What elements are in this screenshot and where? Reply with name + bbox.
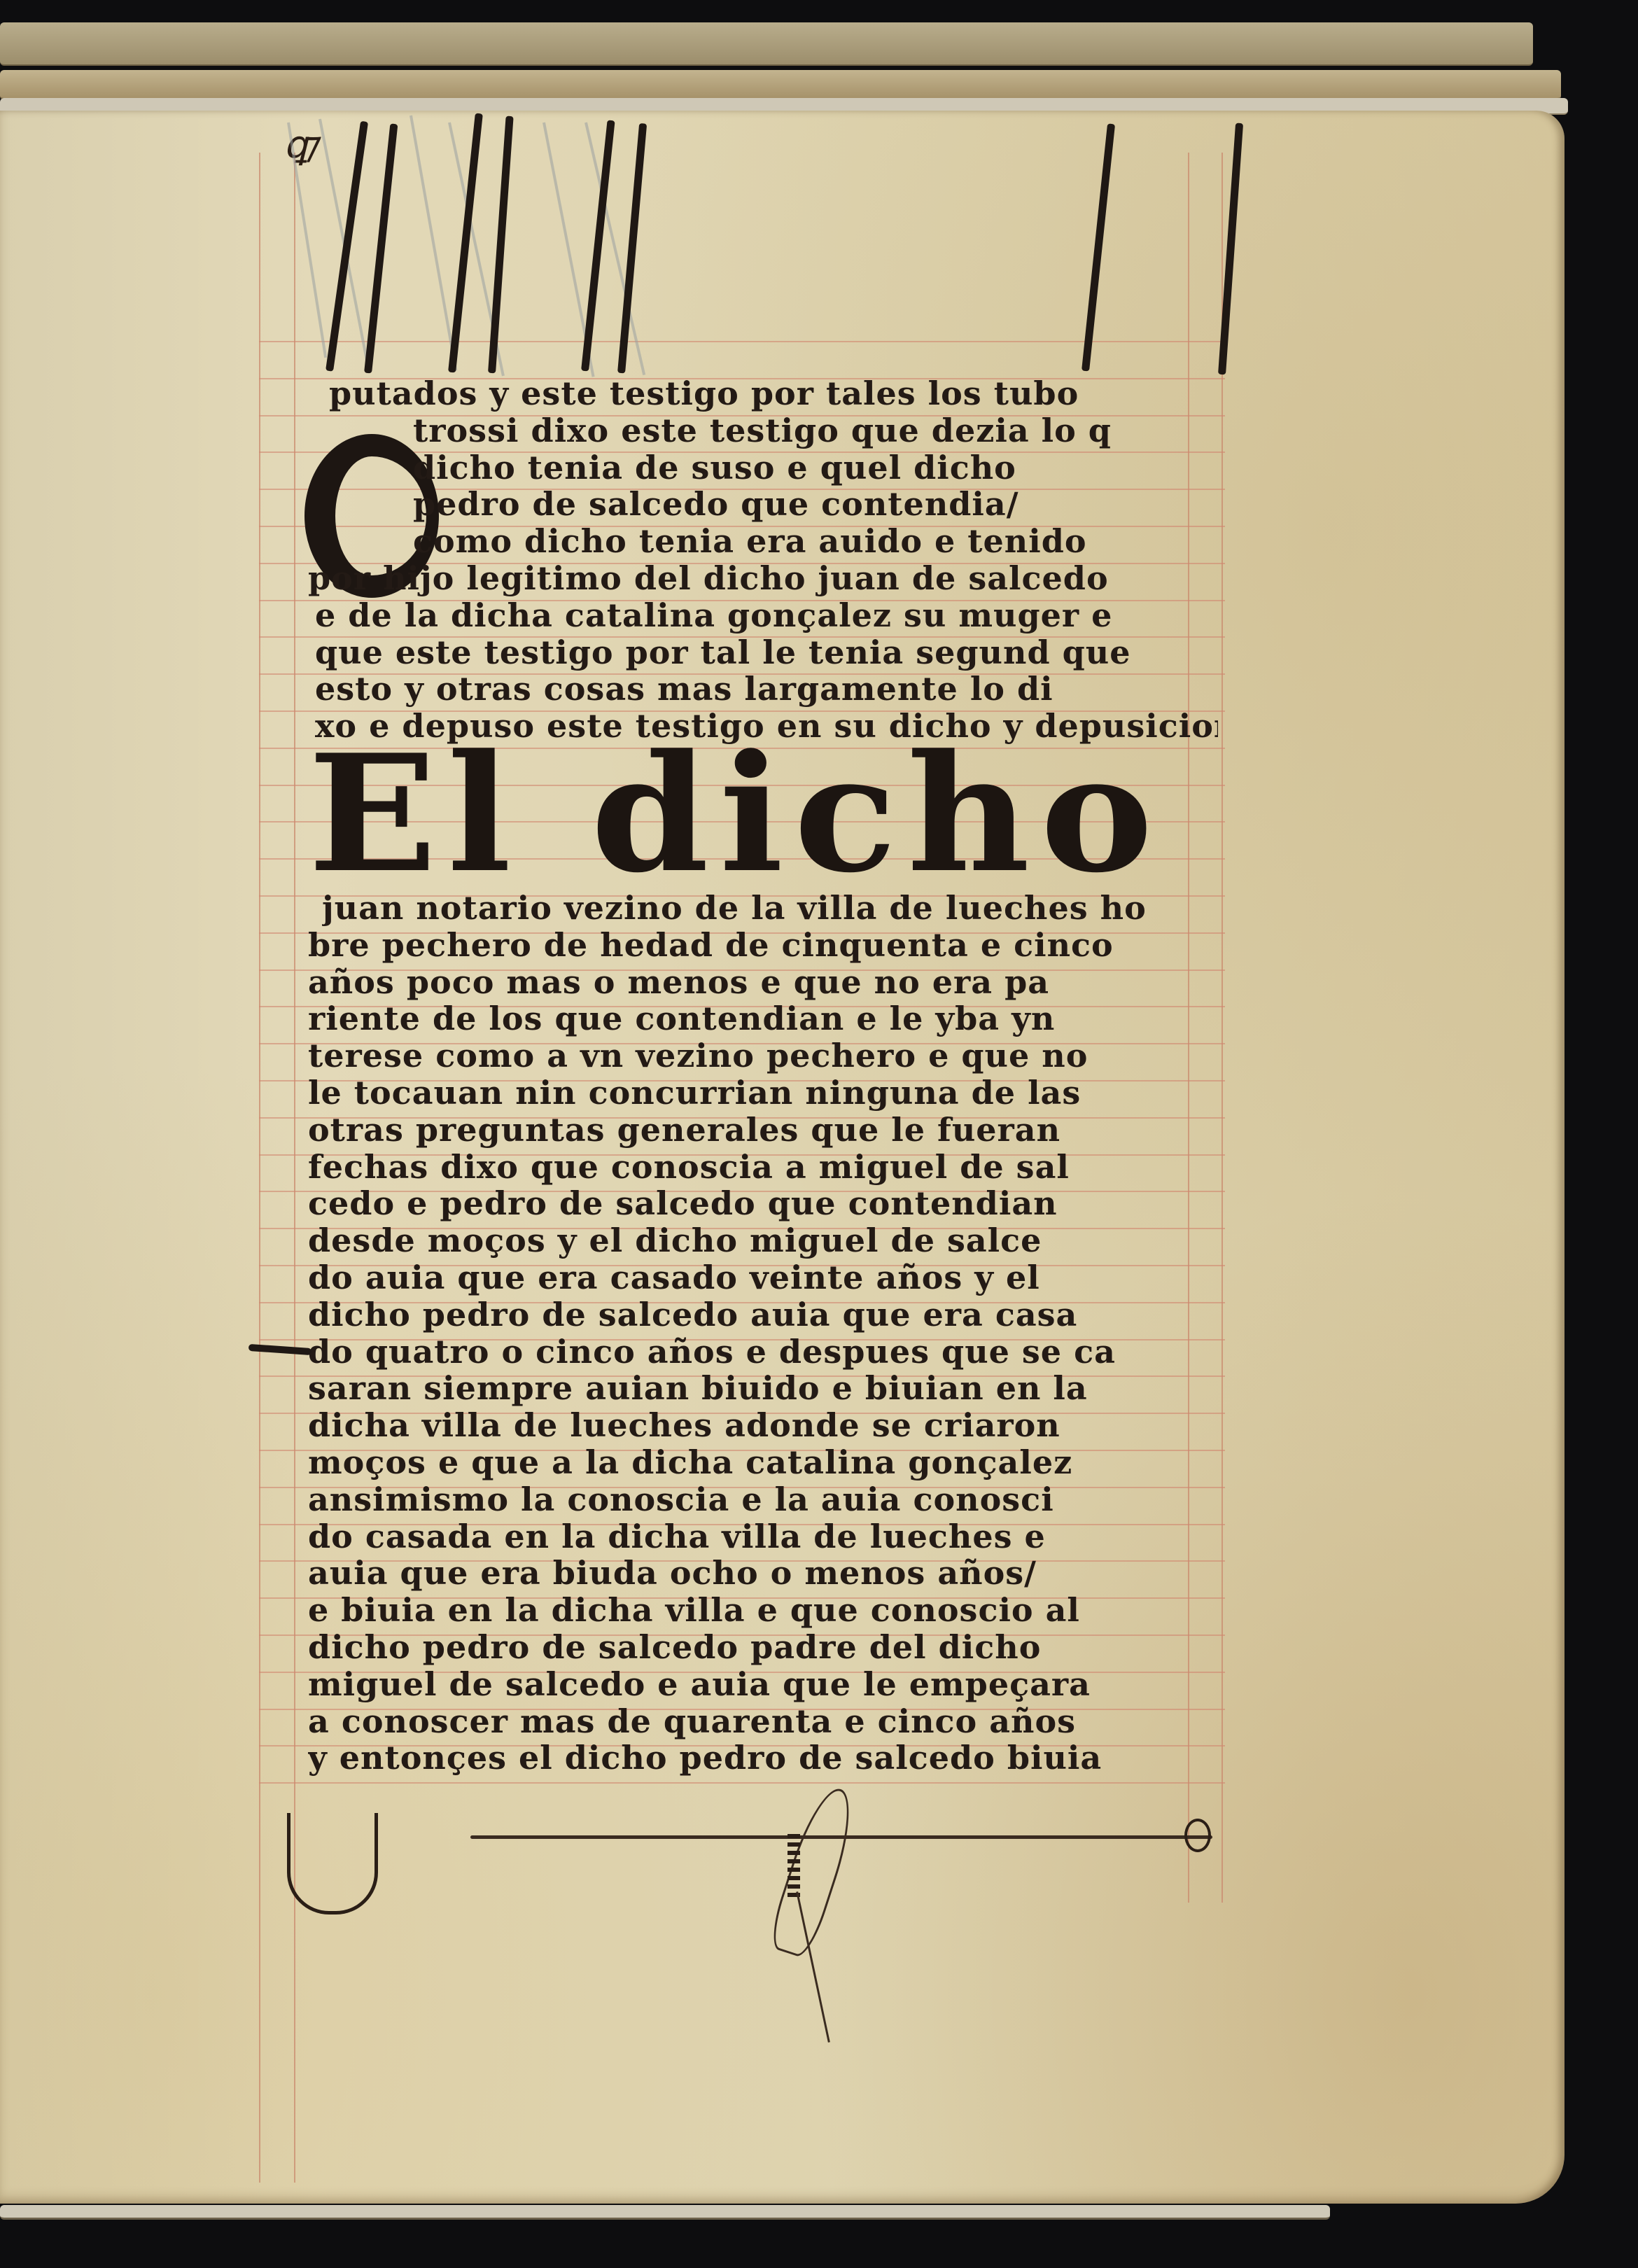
text-line: putados y este testigo por tales los tub… — [329, 374, 1218, 412]
text-line: dicho pedro de salcedo auia que era casa — [308, 1296, 1218, 1333]
text-line: e de la dicha catalina gonçalez su muger… — [315, 596, 1218, 634]
text-line: e biuia en la dicha villa e que conoscio… — [308, 1591, 1218, 1629]
ruling-line-horizontal — [259, 341, 1225, 342]
text-line: dicho pedro de salcedo padre del dicho — [308, 1628, 1218, 1666]
text-line: ansimismo la conoscia e la auia conosci — [308, 1480, 1218, 1518]
text-line: dicha villa de lueches adonde se criaron — [308, 1406, 1218, 1444]
text-line: miguel de salcedo e auia que le empeçara — [308, 1665, 1218, 1703]
text-line: do auia que era casado veinte años y el — [308, 1259, 1218, 1296]
text-line: por hijo legitimo del dicho juan de salc… — [308, 559, 1218, 597]
text-line: y entonçes el dicho pedro de salcedo biu… — [308, 1739, 1218, 1777]
page-stack-edge — [0, 70, 1561, 100]
signature-knot — [787, 1834, 800, 1897]
signature-hook-flourish — [287, 1813, 378, 1914]
text-line: pedro de salcedo que contendia/ — [413, 485, 1218, 523]
text-line: trossi dixo este testigo que dezia lo q — [413, 412, 1218, 449]
text-line: le tocauan nin concurrian ninguna de las — [308, 1074, 1218, 1112]
text-line: saran siempre auian biuido e biuian en l… — [308, 1369, 1218, 1407]
text-line: dicho tenia de suso e quel dicho — [413, 449, 1218, 486]
text-line: auia que era biuda ocho o menos años/ — [308, 1554, 1218, 1592]
text-line: que este testigo por tal le tenia segund… — [315, 633, 1218, 671]
page-stack-edge-bottom — [0, 2205, 1330, 2220]
text-line: como dicho tenia era auido e tenido — [413, 522, 1218, 560]
page-stack-edge-top — [0, 22, 1533, 66]
text-line: cedo e pedro de salcedo que contendian — [308, 1184, 1218, 1222]
text-line: riente de los que contendian e le yba yn — [308, 1000, 1218, 1037]
text-line: moços e que a la dicha catalina gonçalez — [308, 1443, 1218, 1481]
section-heading: El dicho — [308, 741, 1263, 888]
text-line: terese como a vn vezino pechero e que no — [308, 1037, 1218, 1074]
text-line: do casada en la dicha villa de lueches e — [308, 1518, 1218, 1555]
text-line: esto y otras cosas mas largamente lo di — [315, 670, 1218, 708]
signature-cross-mark — [1184, 1819, 1211, 1852]
text-line: otras preguntas generales que le fueran — [308, 1111, 1218, 1149]
text-line: bre pechero de hedad de cinquenta e cinc… — [308, 926, 1218, 964]
ruling-line-horizontal — [259, 1782, 1225, 1784]
text-line: a conoscer mas de quarenta e cinco años — [308, 1702, 1218, 1740]
text-line: fechas dixo que conoscia a miguel de sal — [308, 1148, 1218, 1186]
ruling-line-vertical — [259, 153, 260, 2183]
text-line: juan notario vezino de la villa de luech… — [322, 889, 1218, 927]
text-line: desde moços y el dicho miguel de salce — [308, 1221, 1218, 1259]
text-line: años poco mas o menos e que no era pa — [308, 963, 1218, 1001]
text-line: do quatro o cinco años e despues que se … — [308, 1333, 1218, 1371]
